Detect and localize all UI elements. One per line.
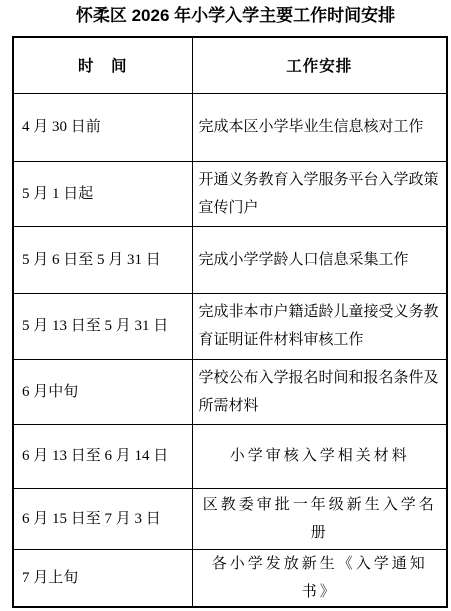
table-row: 6 月 15 日至 7 月 3 日 区教委审批一年级新生入学名册: [13, 488, 447, 549]
cell-work: 学校公布入学报名时间和报名条件及 所需材料: [192, 359, 447, 424]
cell-work: 完成本区小学毕业生信息核对工作: [192, 93, 447, 161]
cell-time: 5 月 1 日起: [13, 161, 192, 226]
cell-time: 5 月 13 日至 5 月 31 日: [13, 293, 192, 359]
cell-time: 4 月 30 日前: [13, 93, 192, 161]
cell-work: 完成非本市户籍适龄儿童接受义务教 育证明证件材料审核工作: [192, 293, 447, 359]
cell-work: 区教委审批一年级新生入学名册: [192, 488, 447, 549]
page-title: 怀柔区 2026 年小学入学主要工作时间安排: [0, 0, 451, 26]
cell-work: 小学审核入学相关材料: [192, 424, 447, 488]
table-header-row: 时 间 工作安排: [13, 37, 447, 93]
header-work: 工作安排: [192, 37, 447, 93]
cell-time: 6 月中旬: [13, 359, 192, 424]
table-row: 4 月 30 日前 完成本区小学毕业生信息核对工作: [13, 93, 447, 161]
cell-time: 5 月 6 日至 5 月 31 日: [13, 226, 192, 293]
cell-time: 6 月 15 日至 7 月 3 日: [13, 488, 192, 549]
table-row: 5 月 13 日至 5 月 31 日 完成非本市户籍适龄儿童接受义务教 育证明证…: [13, 293, 447, 359]
table-row: 5 月 6 日至 5 月 31 日 完成小学学龄人口信息采集工作: [13, 226, 447, 293]
cell-time: 6 月 13 日至 6 月 14 日: [13, 424, 192, 488]
header-time: 时 间: [13, 37, 192, 93]
cell-work: 完成小学学龄人口信息采集工作: [192, 226, 447, 293]
table-row: 7 月上旬 各小学发放新生《入学通知书》: [13, 549, 447, 607]
cell-time: 7 月上旬: [13, 549, 192, 607]
cell-work: 开通义务教育入学服务平台入学政策 宣传门户: [192, 161, 447, 226]
cell-work: 各小学发放新生《入学通知书》: [192, 549, 447, 607]
document-page: 怀柔区 2026 年小学入学主要工作时间安排 时 间 工作安排 4 月 30 日…: [0, 0, 451, 611]
table-row: 6 月 13 日至 6 月 14 日 小学审核入学相关材料: [13, 424, 447, 488]
schedule-table: 时 间 工作安排 4 月 30 日前 完成本区小学毕业生信息核对工作 5 月 1…: [12, 36, 448, 608]
table-row: 6 月中旬 学校公布入学报名时间和报名条件及 所需材料: [13, 359, 447, 424]
table-row: 5 月 1 日起 开通义务教育入学服务平台入学政策 宣传门户: [13, 161, 447, 226]
